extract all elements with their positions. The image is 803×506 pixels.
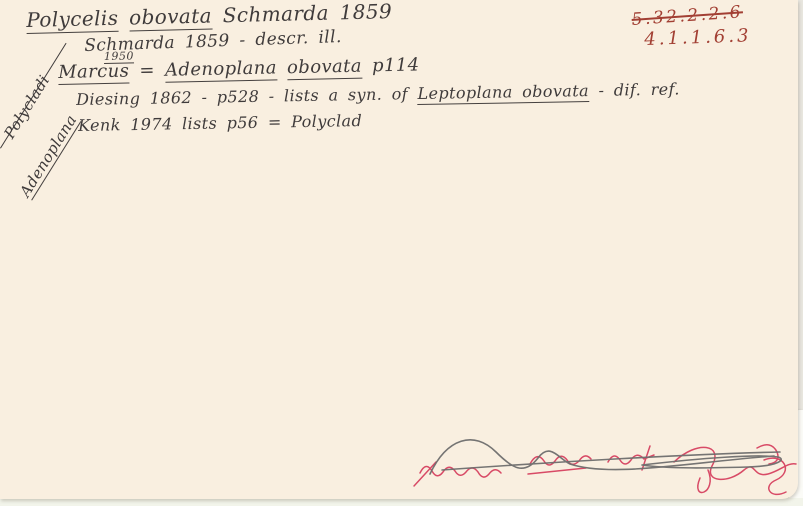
kenk-reference-line: Kenk 1974 lists p56 = Polyclad: [78, 111, 362, 135]
scanned-page: { "card": { "colors": { "card_background…: [0, 0, 803, 506]
current-catalog-number: 4.1.1.6.3: [644, 25, 752, 50]
authority: Schmarda 1859: [222, 0, 392, 27]
marcus-synonymy-line: 1950 Marcus = Adenoplana obovata p114: [58, 54, 420, 83]
index-card: Polycelis obovata Schmarda 1859 Schmarda…: [0, 0, 798, 499]
page-reference: p114: [372, 54, 420, 76]
genus-name: Polycelis: [26, 6, 119, 34]
cancellation-scribble: [412, 418, 803, 506]
species-name: obovata: [129, 3, 212, 31]
diesing-tail-text: - dif. ref.: [598, 79, 680, 99]
superscript-year: 1950: [104, 49, 134, 64]
pencil-strike-lines: [430, 440, 781, 474]
equals-sign: =: [139, 60, 155, 81]
diesing-taxon: Leptoplana obovata: [417, 81, 589, 105]
diesing-reference-line: Diesing 1862 - p528 - lists a syn. of Le…: [76, 79, 680, 109]
marcus-author: Marcus: [58, 61, 130, 85]
synonym-genus: Adenoplana: [165, 57, 277, 82]
diesing-lead-text: Diesing 1862 - p528 - lists a syn. of: [76, 84, 408, 109]
synonym-species: obovata: [287, 56, 362, 81]
